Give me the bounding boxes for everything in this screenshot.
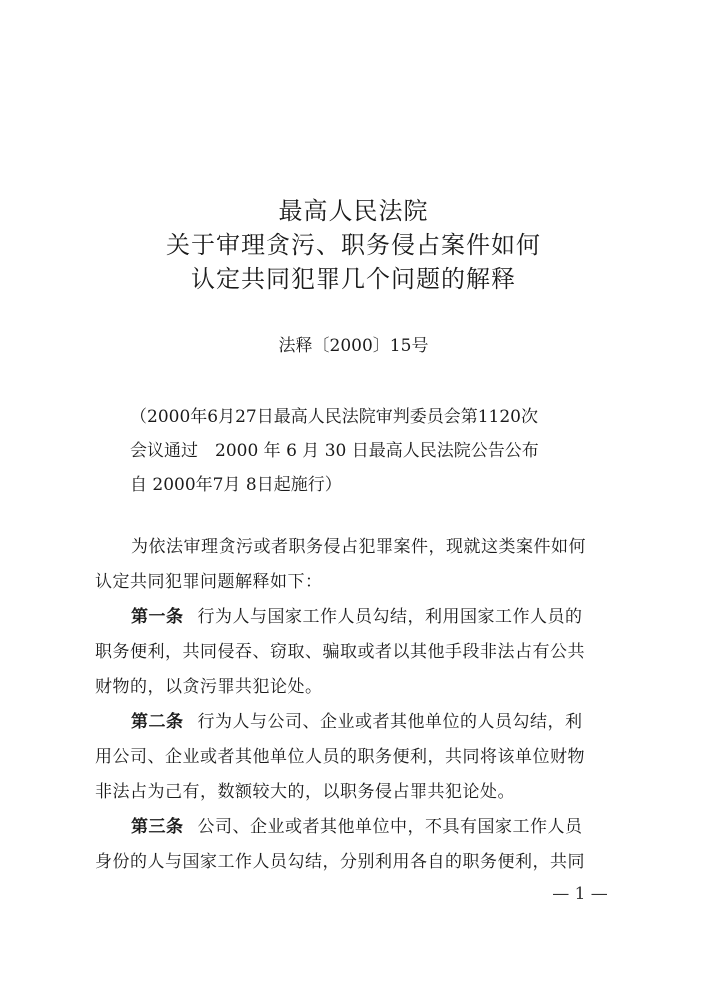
intro-line: 为依法审理贪污或者职务侵占犯罪案件，现就这类案件如何 bbox=[95, 530, 621, 565]
document-title: 最高人民法院 关于审理贪污、职务侵占案件如何 认定共同犯罪几个问题的解释 bbox=[0, 194, 707, 296]
article-label: 第三条 bbox=[131, 817, 184, 837]
page-number: — 1 — bbox=[540, 883, 620, 905]
document-number: 法释〔2000〕15号 bbox=[0, 335, 707, 357]
title-line-subject-cont: 认定共同犯罪几个问题的解释 bbox=[0, 262, 707, 296]
article-2-first-line: 第二条行为人与公司、企业或者其他单位的人员勾结，利 bbox=[95, 705, 621, 740]
article-label: 第一条 bbox=[131, 607, 184, 627]
article-line: 非法占为己有，数额较大的，以职务侵占罪共犯论处。 bbox=[95, 775, 621, 810]
article-text: 公司、企业或者其他单位中，不具有国家工作人员 bbox=[198, 817, 583, 837]
article-text: 行为人与公司、企业或者其他单位的人员勾结，利 bbox=[198, 712, 583, 732]
article-label: 第二条 bbox=[131, 712, 184, 732]
adoption-line: （2000年6月27日最高人民法院审判委员会第1120次 bbox=[130, 400, 600, 434]
document-body: 为依法审理贪污或者职务侵占犯罪案件，现就这类案件如何 认定共同犯罪问题解释如下：… bbox=[95, 530, 621, 880]
title-line-issuer: 最高人民法院 bbox=[0, 194, 707, 228]
article-3-first-line: 第三条公司、企业或者其他单位中，不具有国家工作人员 bbox=[95, 810, 621, 845]
article-line: 身份的人与国家工作人员勾结，分别利用各自的职务便利，共同 bbox=[95, 845, 621, 880]
intro-line: 认定共同犯罪问题解释如下： bbox=[95, 565, 621, 600]
article-line: 用公司、企业或者其他单位人员的职务便利，共同将该单位财物 bbox=[95, 740, 621, 775]
article-line: 职务便利，共同侵吞、窃取、骗取或者以其他手段非法占有公共 bbox=[95, 635, 621, 670]
adoption-line: 自 2000年7月 8日起施行） bbox=[130, 468, 600, 502]
article-1-first-line: 第一条行为人与国家工作人员勾结，利用国家工作人员的 bbox=[95, 600, 621, 635]
adoption-info: （2000年6月27日最高人民法院审判委员会第1120次 会议通过 2000 年… bbox=[130, 400, 600, 502]
article-text: 行为人与国家工作人员勾结，利用国家工作人员的 bbox=[198, 607, 583, 627]
title-line-subject: 关于审理贪污、职务侵占案件如何 bbox=[0, 228, 707, 262]
adoption-line: 会议通过 2000 年 6 月 30 日最高人民法院公告公布 bbox=[130, 434, 600, 468]
article-line: 财物的，以贪污罪共犯论处。 bbox=[95, 670, 621, 705]
